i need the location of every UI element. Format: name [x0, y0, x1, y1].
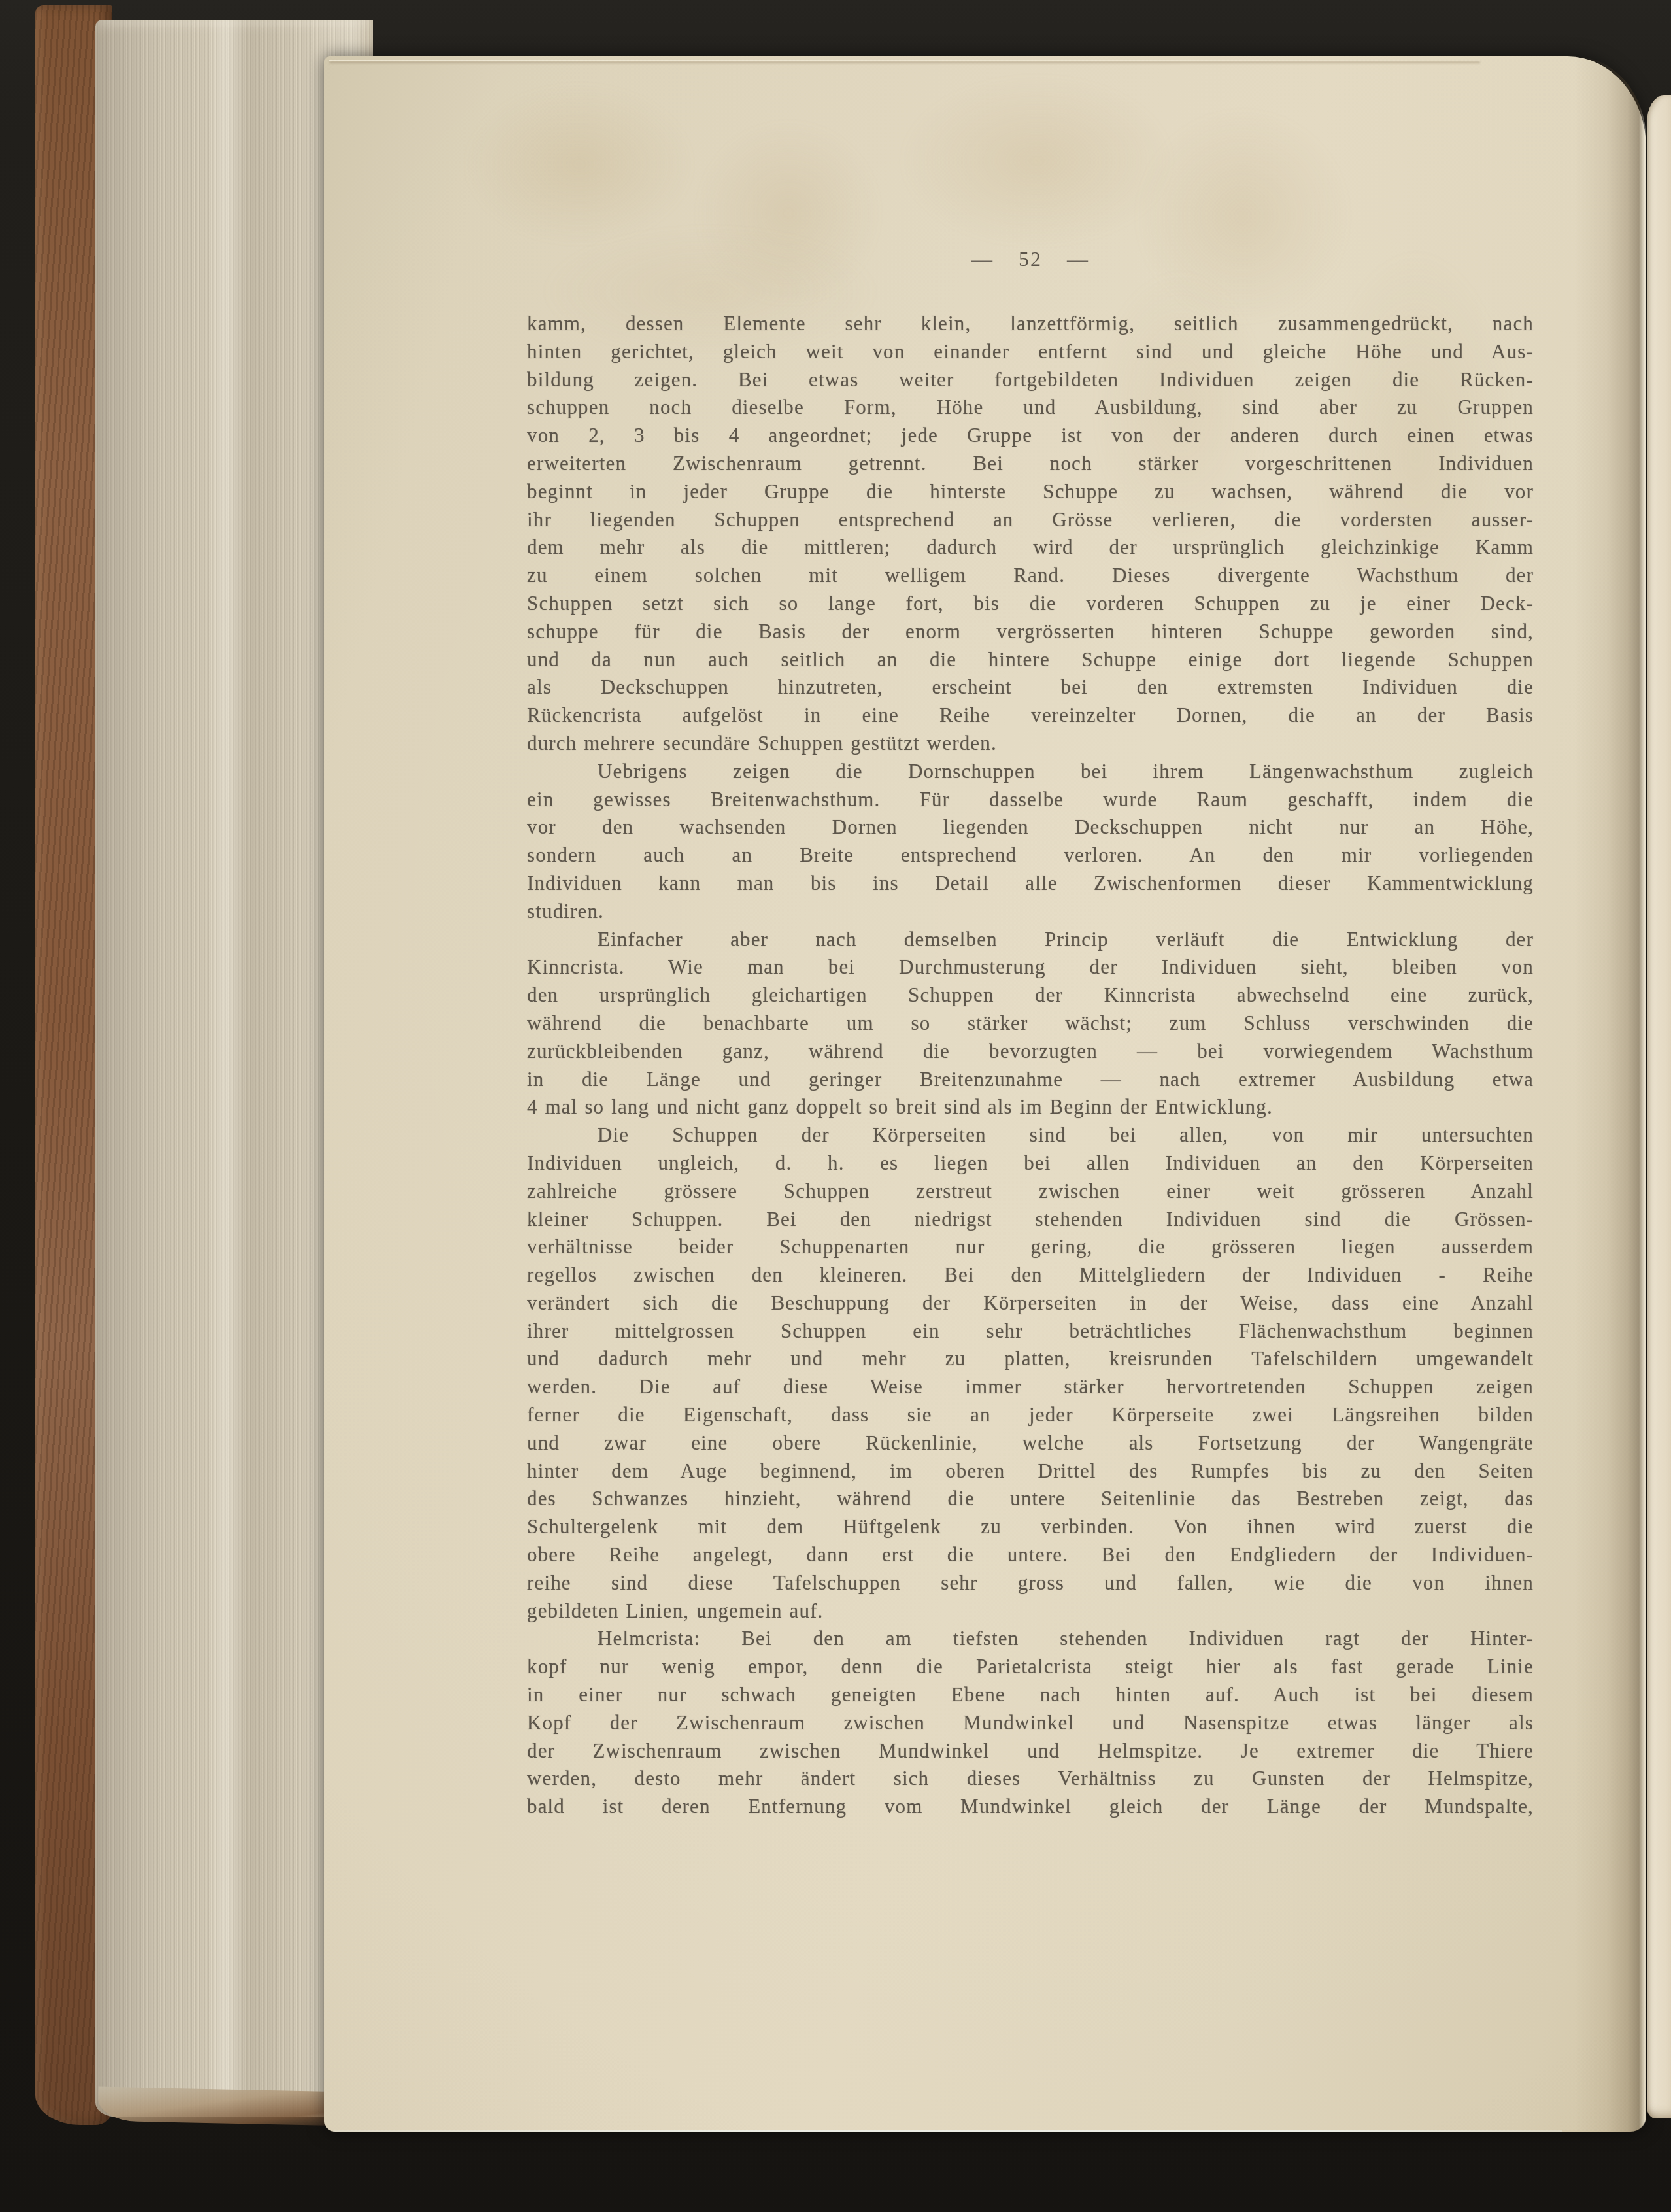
text-line: 4 mal so lang und nicht ganz doppelt so … [527, 1093, 1534, 1121]
text-line: während die benachbarte um so stärker wä… [527, 1010, 1534, 1038]
text-line: reihe sind diese Tafelschuppen sehr gros… [527, 1569, 1534, 1597]
text-line: Rückencrista aufgelöst in eine Reihe ver… [527, 702, 1534, 730]
text-line: ferner die Eigenschaft, dass sie an jede… [527, 1401, 1534, 1429]
text-line: zu einem solchen mit welligem Rand. Dies… [527, 562, 1534, 590]
text-line: Schuppen setzt sich so lange fort, bis d… [527, 590, 1534, 618]
text-line: ihrer mittelgrossen Schuppen ein sehr be… [527, 1318, 1534, 1346]
text-line: erweiterten Zwischenraum getrennt. Bei n… [527, 450, 1534, 478]
text-line: hinten gerichtet, gleich weit von einand… [527, 338, 1534, 366]
text-line: und zwar eine obere Rückenlinie, welche … [527, 1429, 1534, 1457]
text-line: Helmcrista: Bei den am tiefsten stehende… [527, 1625, 1534, 1653]
text-line: hinter dem Auge beginnend, im oberen Dri… [527, 1457, 1534, 1486]
text-line: studiren. [527, 898, 1534, 926]
page-number-right-dash: — [1042, 247, 1114, 271]
text-line: den ursprünglich gleichartigen Schuppen … [527, 981, 1534, 1010]
text-line: und da nun auch seitlich an die hintere … [527, 646, 1534, 674]
text-line: vor den wachsenden Dornen liegenden Deck… [527, 813, 1534, 842]
text-line: des Schwanzes hinzieht, während die unte… [527, 1485, 1534, 1513]
text-line: Die Schuppen der Körperseiten sind bei a… [527, 1121, 1534, 1149]
text-line: kopf nur wenig empor, denn die Parietalc… [527, 1653, 1534, 1681]
text-line: Uebrigens zeigen die Dornschuppen bei ih… [527, 758, 1534, 786]
paragraph: Helmcrista: Bei den am tiefsten stehende… [527, 1625, 1534, 1821]
text-line: Einfacher aber nach demselben Princip ve… [527, 926, 1534, 954]
text-line: schuppe für die Basis der enorm vergröss… [527, 618, 1534, 646]
text-line: bildung zeigen. Bei etwas weiter fortgeb… [527, 366, 1534, 394]
text-line: in einer nur schwach geneigten Ebene nac… [527, 1681, 1534, 1709]
text-line: in die Länge und geringer Breitenzunahme… [527, 1066, 1534, 1094]
text-line: zurückbleibenden ganz, während die bevor… [527, 1038, 1534, 1066]
text-line: Kinncrista. Wie man bei Durchmusterung d… [527, 953, 1534, 981]
text-line: zahlreiche grössere Schuppen zerstreut z… [527, 1178, 1534, 1206]
text-line: sondern auch an Breite entsprechend verl… [527, 842, 1534, 870]
paragraph: Einfacher aber nach demselben Princip ve… [527, 926, 1534, 1122]
text-line: dem mehr als die mittleren; dadurch wird… [527, 534, 1534, 562]
text-line: gebildeten Linien, ungemein auf. [527, 1597, 1534, 1625]
text-line: von 2, 3 bis 4 angeordnet; jede Gruppe i… [527, 422, 1534, 450]
text-line: werden. Die auf diese Weise immer stärke… [527, 1373, 1534, 1401]
text-line: kamm, dessen Elemente sehr klein, lanzet… [527, 310, 1534, 338]
paper-stain [462, 82, 697, 246]
gutter-shadow [1574, 56, 1646, 2132]
page-bottom-edge-highlight [333, 2130, 1562, 2132]
text-line: Individuen kann man bis ins Detail alle … [527, 870, 1534, 898]
paper-stain [900, 76, 1174, 246]
text-line: Schultergelenk mit dem Hüftgelenk zu ver… [527, 1513, 1534, 1541]
text-line: verändert sich die Beschuppung der Körpe… [527, 1289, 1534, 1318]
text-line: ihr liegenden Schuppen entsprechend an G… [527, 506, 1534, 534]
text-line: beginnt in jeder Gruppe die hinterste Sc… [527, 478, 1534, 506]
text-line: kleiner Schuppen. Bei den niedrigst steh… [527, 1206, 1534, 1234]
text-line: schuppen noch dieselbe Form, Höhe und Au… [527, 394, 1534, 422]
text-line: obere Reihe angelegt, dann erst die unte… [527, 1541, 1534, 1569]
text-line: verhältnisse beider Schuppenarten nur ge… [527, 1233, 1534, 1261]
text-line: als Deckschuppen hinzutreten, erscheint … [527, 673, 1534, 702]
page-number: —52— [527, 247, 1534, 271]
page-top-edge-highlight [329, 60, 1480, 61]
text-line: ein gewisses Breitenwachsthum. Für dasse… [527, 786, 1534, 814]
facing-page-sliver [1647, 95, 1671, 2118]
page-number-value: 52 [1019, 247, 1042, 271]
text-line: Individuen ungleich, d. h. es liegen bei… [527, 1149, 1534, 1178]
text-line: regellos zwischen den kleineren. Bei den… [527, 1261, 1534, 1289]
text-block: kamm, dessen Elemente sehr klein, lanzet… [527, 310, 1534, 1821]
paragraph: Uebrigens zeigen die Dornschuppen bei ih… [527, 758, 1534, 926]
photographed-book-scene: —52— kamm, dessen Elemente sehr klein, l… [0, 0, 1671, 2212]
text-line: durch mehrere secundäre Schuppen gestütz… [527, 730, 1534, 758]
paragraph: Die Schuppen der Körperseiten sind bei a… [527, 1121, 1534, 1625]
page-number-left-dash: — [947, 247, 1019, 271]
text-line: werden, desto mehr ändert sich dieses Ve… [527, 1765, 1534, 1793]
text-line: Kopf der Zwischenraum zwischen Mundwinke… [527, 1709, 1534, 1737]
text-line: und dadurch mehr und mehr zu platten, kr… [527, 1345, 1534, 1373]
text-line: der Zwischenraum zwischen Mundwinkel und… [527, 1737, 1534, 1765]
paragraph: kamm, dessen Elemente sehr klein, lanzet… [527, 310, 1534, 758]
text-line: bald ist deren Entfernung vom Mundwinkel… [527, 1793, 1534, 1821]
